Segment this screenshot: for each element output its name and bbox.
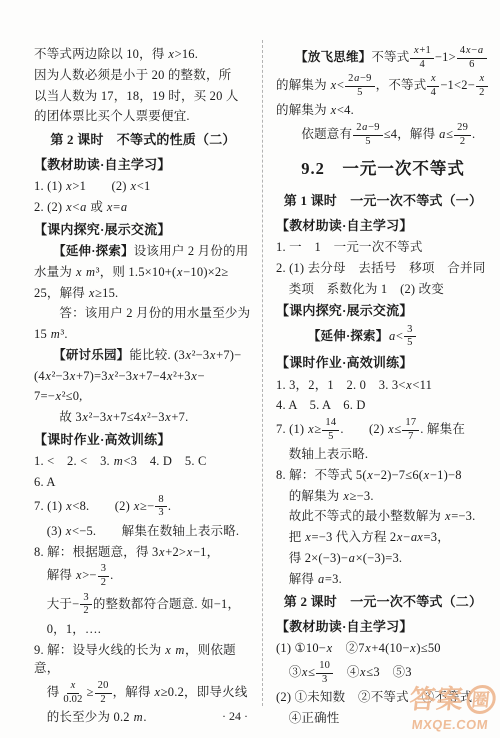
fraction: 32 — [80, 592, 91, 618]
lesson-heading: 第 2 课时 不等式的性质（二） — [34, 127, 252, 153]
fraction: 202 — [95, 680, 112, 706]
fraction: x+14 — [410, 45, 433, 71]
page-number: · 24 · — [0, 709, 470, 724]
block-label: 【教材助读·自主学习】 — [276, 214, 490, 238]
block-label: 【教材助读·自主学习】 — [276, 615, 490, 639]
text-line: 2. (1) 去分母 去括号 移项 合并同 — [276, 258, 490, 279]
fraction: 4x−a6 — [457, 45, 487, 71]
fraction: 35 — [404, 324, 415, 350]
fraction: 177 — [402, 417, 419, 443]
fraction: 2a−95 — [345, 73, 374, 99]
watermark-title-text: 答案 — [408, 684, 465, 714]
block-label: 【教材助读·自主学习】 — [34, 153, 252, 177]
text-line: 答：该用户 2 月份的用水量至少为 — [34, 303, 252, 324]
text-line: 1. < 2. < 3. m<3 4. D 5. C — [34, 451, 252, 472]
lesson-heading: 第 2 课时 一元一次不等式（二） — [276, 589, 490, 615]
fraction: 103 — [316, 660, 333, 686]
text-line: 的解集为 x≥−3. — [276, 486, 490, 507]
right-column: 【放飞思维】不等式x+14−1>4x−a6的解集为 x<2a−95，不等式x4−… — [276, 44, 490, 729]
lesson-heading: 第 1 课时 一元一次不等式（一） — [276, 188, 490, 214]
text-line: 故此不等式的最小整数解为 x=−3. — [276, 506, 490, 527]
text-line: 25，解得 x≥15. — [34, 283, 252, 304]
text-line: 7=−x²≤0, — [34, 386, 252, 407]
fraction: 145 — [322, 417, 339, 443]
fraction: 2a−95 — [353, 122, 382, 148]
text-line: 以当人数为 17，18，19 时，买 20 人 — [34, 86, 252, 107]
text-line: 因为人数必须是小于 20 的整数，所 — [34, 65, 252, 86]
text-line: 的解集为 x<4. — [276, 100, 490, 121]
watermark-logo: 答案圈 — [408, 679, 498, 716]
text-line: 类项 系数化为 1 (2) 改变 — [276, 279, 490, 300]
text-line: (1) ①10−x ②7x+4(10−x)≤50 — [276, 638, 490, 659]
fraction: x2 — [476, 73, 488, 99]
fraction: x4 — [427, 73, 439, 99]
text-line: 7. (1) x<8. (2) x≥−83. — [34, 493, 252, 521]
text-line: 8. 解：不等式 5(x−2)−7≤6(x−1)−8 — [276, 465, 490, 486]
answer-page: 不等式两边除以 10，得 x>16.因为人数必须是小于 20 的整数，所以当人数… — [0, 0, 500, 738]
text-line: 1. 3，2，1 2. 0 3. 3<x<11 — [276, 375, 490, 396]
section-title: 9.2 一元一次不等式 — [276, 149, 490, 188]
text-line: 0，1，…. — [34, 619, 252, 640]
fraction: 83 — [155, 494, 166, 520]
block-label: 【课内探究·展示交流】 — [34, 218, 252, 242]
watermark: 答案圈 MXQE.COM — [406, 679, 498, 732]
text-line: 2. (2) x<a 或 x=a — [34, 197, 252, 218]
text-line: 4. A 5. A 6. D — [276, 395, 490, 416]
text-line: 数轴上表示略. — [276, 444, 490, 465]
text-line: 【延伸·探索】设该用户 2 月份的用 — [34, 241, 252, 262]
text-line: 的团体票比买个人票要便宜. — [34, 106, 252, 127]
text-line: 8. 解：根据题意，得 3x+2>x−1， — [34, 542, 252, 563]
column-divider — [262, 40, 263, 706]
block-label: 【课时作业·高效训练】 — [276, 351, 490, 375]
text-line: 把 x=−3 代入方程 2x−ax=3， — [276, 527, 490, 548]
text-line: 的解集为 x<2a−95，不等式x4−1<2−x2 — [276, 72, 490, 100]
text-line: 7. (1) x≥145. (2) x≤177. 解集在 — [276, 416, 490, 444]
watermark-site: MXQE.COM — [406, 717, 494, 732]
text-line: 9. 解：设导火线的长为 x m，则依题意， — [34, 640, 252, 680]
text-line: 解得 x>−32. — [34, 562, 252, 590]
fraction: 32 — [98, 563, 109, 589]
text-line: 【研讨乐园】能比较. (3x²−3x+7)− — [34, 345, 252, 366]
text-line: 大于−32的整数都符合题意. 如−1， — [34, 591, 252, 619]
text-line: 6. A — [34, 472, 252, 493]
text-line: 水量为 x m³，则 1.5×10+(x−10)×2≥ — [34, 262, 252, 283]
text-line: 【延伸·探索】a<35 — [276, 323, 490, 351]
fraction: x0.02 — [60, 680, 85, 706]
left-column: 不等式两边除以 10，得 x>16.因为人数必须是小于 20 的整数，所以当人数… — [34, 44, 252, 728]
text-line: 故 3x²−3x+7≤4x²−3x+7. — [34, 407, 252, 428]
text-line: 1. (1) x>1 (2) x<1 — [34, 176, 252, 197]
text-line: 不等式两边除以 10，得 x>16. — [34, 44, 252, 65]
block-label: 【课内探究·展示交流】 — [276, 299, 490, 323]
text-line: 得 2×(−3)−a×(−3)=3. — [276, 548, 490, 569]
text-line: 得x0.02≥202，解得 x≥0.2，即导火线 — [34, 679, 252, 707]
text-line: 依题意有2a−95≤4，解得 a≤292. — [276, 121, 490, 149]
block-label: 【课时作业·高效训练】 — [34, 428, 252, 452]
text-line: 【放飞思维】不等式x+14−1>4x−a6 — [276, 44, 490, 72]
text-line: (3) x<−5. 解集在数轴上表示略. — [34, 521, 252, 542]
fraction: 292 — [454, 122, 471, 148]
text-line: (4x²−3x+7)=3x²−3x+7−4x²+3x− — [34, 366, 252, 387]
text-line: 15 m³. — [34, 324, 252, 345]
text-line: 1. 一 1 一元一次不等式 — [276, 237, 490, 258]
text-line: 解得 a=3. — [276, 569, 490, 590]
watermark-circle-badge: 圈 — [465, 685, 497, 714]
